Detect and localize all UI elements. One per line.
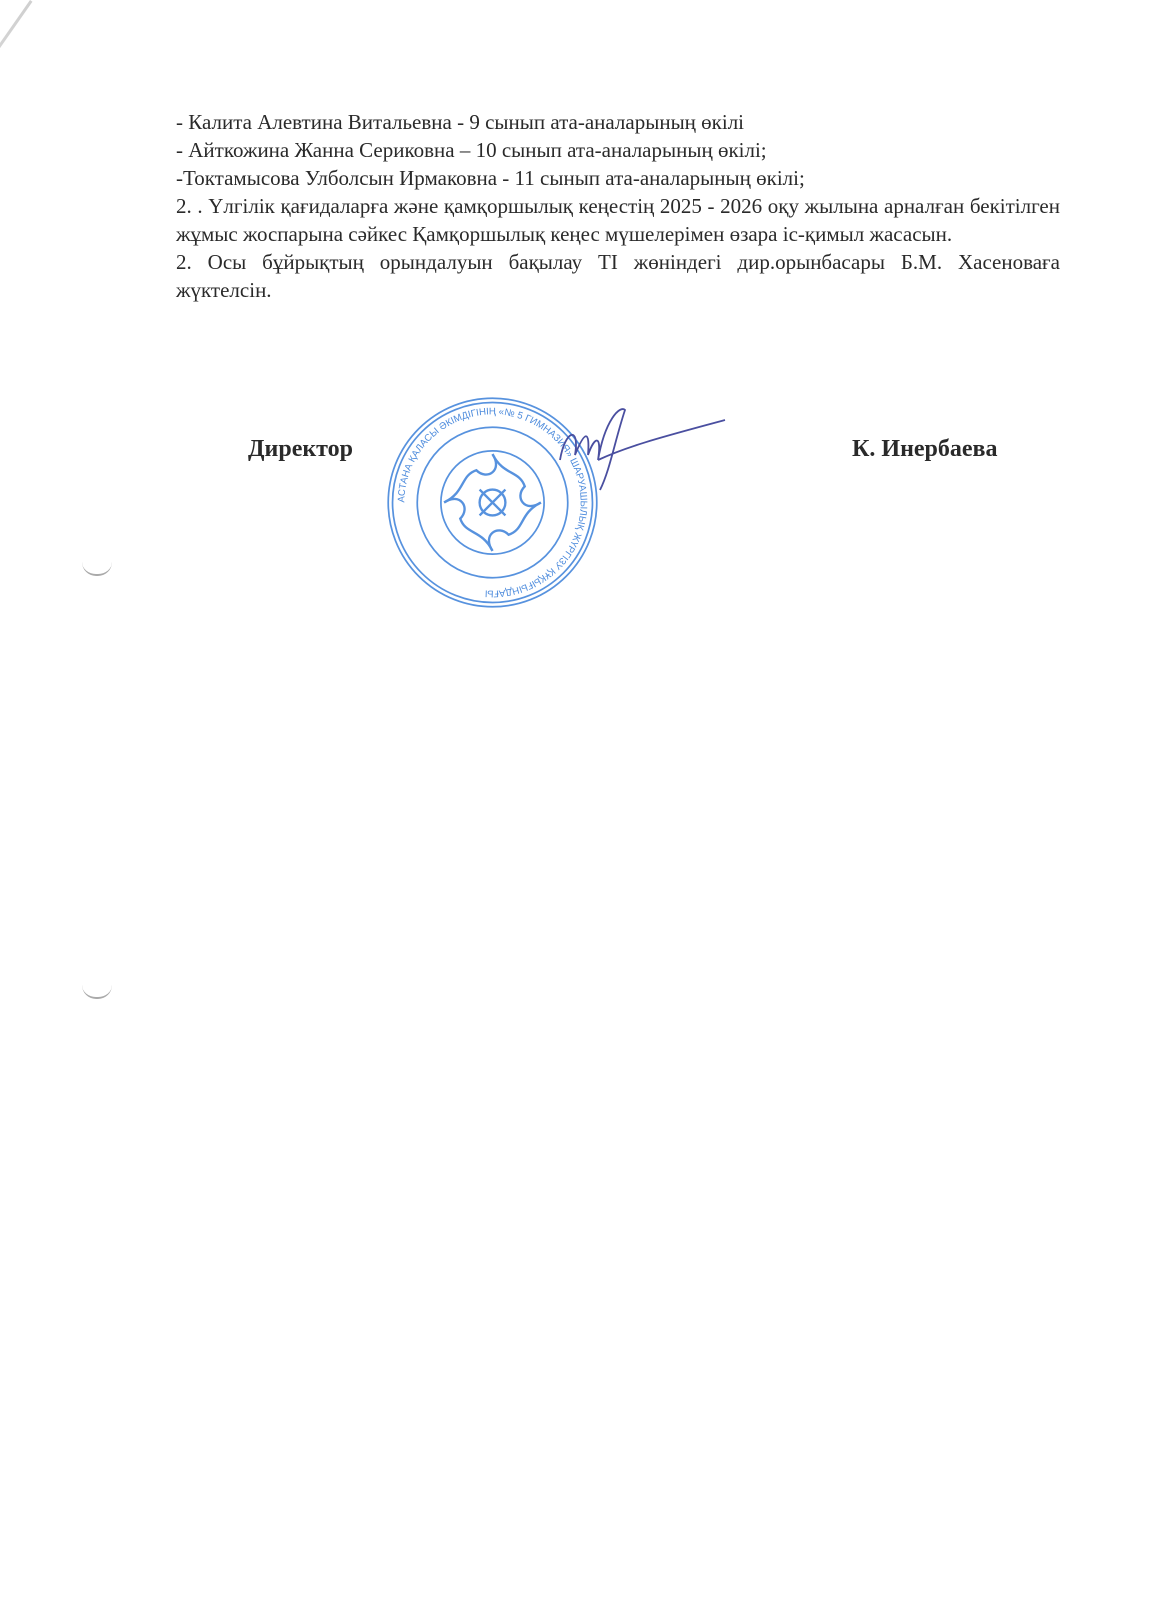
signature-icon (540, 400, 730, 510)
member-line: - Калита Алевтина Витальевна - 9 сынып а… (176, 108, 1060, 136)
punch-hole-mark (82, 562, 112, 576)
order-item-3: 2. Осы бұйрықтың орындалуын бақылау ТІ ж… (176, 248, 1060, 304)
member-line: - Айткожина Жанна Сериковна – 10 сынып а… (176, 136, 1060, 164)
document-body: - Калита Алевтина Витальевна - 9 сынып а… (176, 108, 1060, 304)
signatory-name: К. Инербаева (852, 436, 998, 463)
signatory-title: Директор (248, 436, 353, 463)
punch-hole-mark (82, 985, 112, 999)
order-item-2: 2. . Үлгілік қағидаларға және қамқоршылы… (176, 192, 1060, 248)
member-line: -Токтамысова Улболсын Ирмаковна - 11 сын… (176, 164, 1060, 192)
scan-artifact-line (0, 0, 32, 247)
